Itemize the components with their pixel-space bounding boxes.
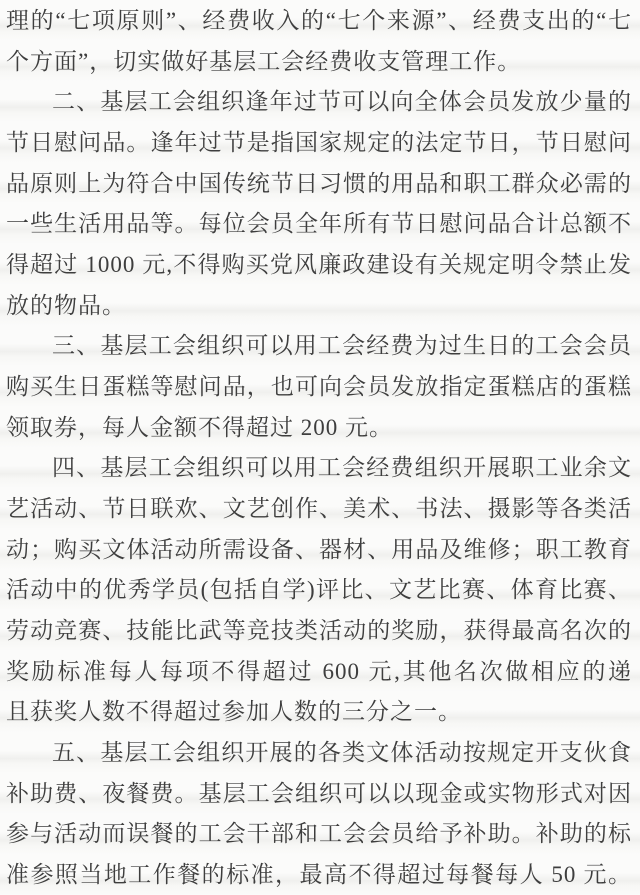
document-line: 放的物品。	[6, 286, 632, 327]
document-line: 节日慰问品。逢年过节是指国家规定的法定节日，节日慰问	[6, 123, 632, 164]
document-line: 补助费、夜餐费。基层工会组织可以以现金或实物形式对因	[6, 774, 632, 815]
document-line: 领取券，每人金额不得超过 200 元。	[6, 408, 632, 449]
document-line: 品原则上为符合中国传统节日习惯的用品和职工群众必需的	[6, 164, 632, 205]
document-line: 一些生活用品等。每位会员全年所有节日慰问品合计总额不	[6, 204, 632, 245]
document-line: 参与活动而误餐的工会干部和工会会员给予补助。补助的标	[6, 814, 632, 855]
document-line: 二、基层工会组织逢年过节可以向全体会员发放少量的	[6, 82, 632, 123]
document-line: 奖励标准每人每项不得超过 600 元,其他名次做相应的递减，	[6, 652, 632, 693]
document-text-block: 理的“七项原则”、经费收入的“七个来源”、经费支出的“七个方面”，切实做好基层工…	[6, 1, 632, 895]
document-line: 动；购买文体活动所需设备、器材、用品及维修；职工教育	[6, 530, 632, 571]
document-line: 活动中的优秀学员(包括自学)评比、文艺比赛、体育比赛、	[6, 570, 632, 611]
document-page: 理的“七项原则”、经费收入的“七个来源”、经费支出的“七个方面”，切实做好基层工…	[0, 0, 640, 895]
document-line: 劳动竞赛、技能比武等竞技类活动的奖励，获得最高名次的	[6, 611, 632, 652]
document-line: 四、基层工会组织可以用工会经费组织开展职工业余文	[6, 448, 632, 489]
document-line: 五、基层工会组织开展的各类文体活动按规定开支伙食	[6, 733, 632, 774]
document-line: 准参照当地工作餐的标准，最高不得超过每餐每人 50 元。	[6, 855, 632, 895]
document-line: 且获奖人数不得超过参加人数的三分之一。	[6, 692, 632, 733]
document-line: 购买生日蛋糕等慰问品，也可向会员发放指定蛋糕店的蛋糕	[6, 367, 632, 408]
document-line: 艺活动、节日联欢、文艺创作、美术、书法、摄影等各类活	[6, 489, 632, 530]
document-line: 个方面”，切实做好基层工会经费收支管理工作。	[6, 42, 632, 83]
document-line: 得超过 1000 元,不得购买党风廉政建设有关规定明令禁止发	[6, 245, 632, 286]
document-line: 理的“七项原则”、经费收入的“七个来源”、经费支出的“七	[6, 1, 632, 42]
document-line: 三、基层工会组织可以用工会经费为过生日的工会会员	[6, 326, 632, 367]
